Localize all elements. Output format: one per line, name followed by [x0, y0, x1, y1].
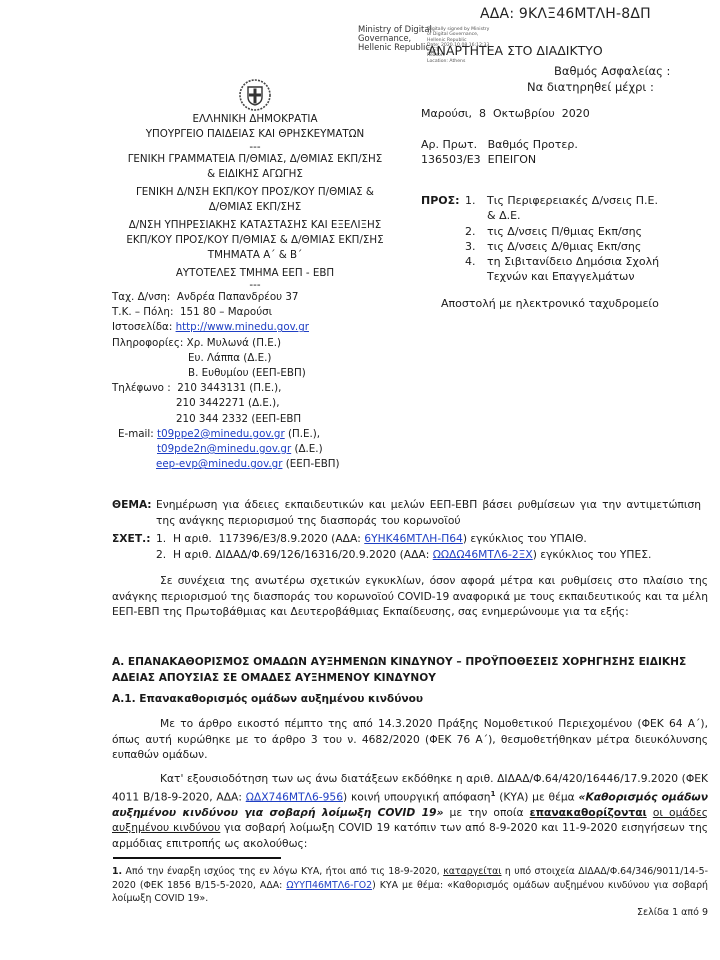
email-suffix: (Π.Ε.),	[285, 428, 320, 440]
intro-paragraph: Σε συνέχεια της ανωτέρω σχετικών εγκυκλί…	[112, 573, 708, 620]
related-item: 2. Η αριθ. ΔΙΔΑΔ/Φ.69/126/16316/20.9.202…	[156, 547, 651, 563]
issuer-line: ΥΠΟΥΡΓΕΙΟ ΠΑΙΔΕΙΑΣ ΚΑΙ ΘΡΗΣΚΕΥΜΑΤΩΝ	[110, 127, 400, 142]
city-value: 151 80 – Μαρούσι	[180, 306, 272, 318]
phone-number: 210 3443131 (Π.Ε.),	[177, 382, 281, 394]
security-level: Βαθμός Ασφαλείας :	[554, 64, 670, 78]
info-person: Χρ. Μυλωνά (Π.Ε.)	[187, 337, 281, 349]
related-label: ΣΧΕΤ.:	[112, 531, 156, 547]
email-label: E-mail:	[118, 428, 154, 440]
info-label: Πληροφορίες:	[112, 337, 183, 349]
document-date: Μαρούσι, 8 Οκτωβρίου 2020	[421, 107, 590, 120]
related-ada-link[interactable]: 6ΥΗΚ46ΜΤΛΗ-Π64	[364, 532, 463, 545]
section-a1-heading: Α.1. Επανακαθορισμός ομάδων αυξημένου κι…	[112, 693, 423, 705]
protocol-values-row: 136503/Ε3 ΕΠΕΙΓΟΝ	[421, 152, 578, 167]
recipient-text: τις Δ/νσεις Π/θμιας Εκπ/σης	[487, 224, 642, 239]
issuer-block: ΕΛΛΗΝΙΚΗ ΔΗΜΟΚΡΑΤΙΑ ΥΠΟΥΡΓΕΙΟ ΠΑΙΔΕΙΑΣ Κ…	[110, 112, 400, 289]
keep-until: Να διατηρηθεί μέχρι :	[527, 80, 654, 94]
related-number: 2.	[156, 548, 166, 561]
recipient-text: τη Σιβιτανίδειο Δημόσια Σχολή	[487, 254, 659, 269]
signature-organization: Ministry of Digital Governance, Hellenic…	[358, 25, 432, 52]
phone-label: Τηλέφωνο :	[112, 382, 171, 394]
paragraph-2-text: με την οποία	[443, 806, 529, 819]
recipient-number: 1.	[465, 193, 487, 208]
related-text: ) εγκύκλιος του ΥΠΕΣ.	[533, 548, 652, 561]
issuer-line: Δ/ΝΣΗ ΥΠΗΡΕΣΙΑΚΗΣ ΚΑΤΑΣΤΑΣΗΣ ΚΑΙ ΕΞΕΛΙΞΗ…	[110, 218, 400, 233]
footnote: 1. Από την έναρξη ισχύος της εν λόγω ΚΥΑ…	[112, 865, 708, 906]
related-text: Η αριθ. ΔΙΔΑΔ/Φ.69/126/16316/20.9.2020 (…	[173, 548, 433, 561]
footnote-emphasis: καταργείται	[443, 866, 501, 877]
recipient-number: 2.	[465, 224, 487, 239]
kya-ada-link[interactable]: ΩΔΧ746ΜΤΛ6-956	[246, 790, 343, 803]
website-label: Ιστοσελίδα:	[112, 321, 172, 333]
recipient-item: ΠΡΟΣ: 1. Τις Περιφερειακές Δ/νσεις Π.Ε.	[421, 193, 711, 208]
footnote-text: Από την έναρξη ισχύος της εν λόγω ΚΥΑ, ή…	[122, 866, 443, 877]
delivery-method: Αποστολή με ηλεκτρονικό ταχυδρομείο	[441, 297, 659, 310]
website-row: Ιστοσελίδα: http://www.minedu.gov.gr	[112, 320, 340, 335]
email-suffix: (Δ.Ε.)	[291, 443, 322, 455]
related-block: ΣΧΕΤ.: 1. Η αριθ. 117396/Ε3/8.9.2020 (ΑΔ…	[112, 531, 651, 562]
issuer-line: ΓΕΝΙΚΗ ΓΡΑΜΜΑΤΕΙΑ Π/ΘΜΙΑΣ, Δ/ΘΜΙΑΣ ΕΚΠ/Σ…	[110, 152, 400, 167]
recipients-block: ΠΡΟΣ: 1. Τις Περιφερειακές Δ/νσεις Π.Ε. …	[421, 193, 711, 285]
recipient-number: 4.	[465, 254, 487, 269]
issuer-separator: ---	[110, 142, 400, 152]
paragraph-1-text: Με το άρθρο εικοστό πέμπτο της από 14.3.…	[112, 717, 708, 761]
info-person: Β. Ευθυμίου (ΕΕΠ-ΕΒΠ)	[112, 366, 340, 381]
city-label: Τ.Κ. – Πόλη:	[112, 306, 173, 318]
paragraph-2: Κατ' εξουσιοδότηση των ως άνω διατάξεων …	[112, 771, 708, 851]
recipient-number: 3.	[465, 239, 487, 254]
publication-notice: ΑΝΑΡΤΗΤΕΑ ΣΤΟ ΔΙΑΔΙΚΤΥΟ	[428, 43, 603, 58]
related-item: 1. Η αριθ. 117396/Ε3/8.9.2020 (ΑΔΑ: 6ΥΗΚ…	[156, 531, 651, 547]
issuer-line: ΓΕΝΙΚΗ Δ/ΝΣΗ ΕΚΠ/ΚΟΥ ΠΡΟΣ/ΚΟΥ Π/ΘΜΙΑΣ &	[110, 185, 400, 200]
recipient-text: Τεχνών και Επαγγελμάτων	[421, 269, 711, 284]
footnote-number: 1.	[112, 866, 122, 877]
issuer-line: ΕΛΛΗΝΙΚΗ ΔΗΜΟΚΡΑΤΙΑ	[110, 112, 400, 127]
protocol-labels-row: Αρ. Πρωτ. Βαθμός Προτερ.	[421, 137, 578, 152]
related-number: 1.	[156, 532, 166, 545]
sig-detail-line: Location: Athens	[427, 59, 489, 64]
phone-number: 210 344 2332 (ΕΕΠ-ΕΒΠ	[112, 412, 340, 427]
greek-coat-of-arms-icon	[238, 78, 272, 112]
issuer-separator: ---	[110, 281, 400, 289]
email-link[interactable]: t09ppe2@minedu.gov.gr	[157, 428, 285, 440]
phone-number: 210 3442271 (Δ.Ε.),	[112, 396, 340, 411]
recipient-item: 4. τη Σιβιτανίδειο Δημόσια Σχολή	[421, 254, 711, 269]
email-row: eep-evp@minedu.gov.gr (ΕΕΠ-ΕΒΠ)	[112, 457, 340, 472]
email-row: t09pde2n@minedu.gov.gr (Δ.Ε.)	[112, 442, 340, 457]
recipient-item: 2. τις Δ/νσεις Π/θμιας Εκπ/σης	[421, 224, 711, 239]
paragraph-2-text: ) κοινή υπουργική απόφαση	[343, 790, 491, 803]
subject-text: Ενημέρωση για άδειες εκπαιδευτικών και μ…	[156, 497, 701, 528]
related-text: ) εγκύκλιος του ΥΠΑΙΘ.	[463, 532, 587, 545]
issuer-line: & ΕΙΔΙΚΗΣ ΑΓΩΓΗΣ	[110, 167, 400, 182]
ada-code: ΑΔΑ: 9ΚΛΞ46ΜΤΛΗ-8ΔΠ	[480, 6, 651, 22]
email-suffix: (ΕΕΠ-ΕΒΠ)	[282, 458, 339, 470]
recipient-text: & Δ.Ε.	[421, 208, 711, 223]
contact-block: Ταχ. Δ/νση: Ανδρέα Παπανδρέου 37 Τ.Κ. – …	[112, 290, 340, 472]
sig-org-line: Hellenic Republic	[358, 43, 432, 52]
intro-text: Σε συνέχεια της ανωτέρω σχετικών εγκυκλί…	[112, 574, 708, 618]
related-ada-link[interactable]: ΩΩΔΩ46ΜΤΛ6-2ΞΧ	[433, 548, 533, 561]
to-label: ΠΡΟΣ:	[421, 193, 465, 208]
email-link[interactable]: eep-evp@minedu.gov.gr	[156, 458, 282, 470]
subject-label: ΘΕΜΑ:	[112, 497, 156, 513]
phone-row: Τηλέφωνο : 210 3443131 (Π.Ε.),	[112, 381, 340, 396]
section-a-heading: Α. ΕΠΑΝΑΚΑΘΟΡΙΣΜΟΣ ΟΜΑΔΩΝ ΑΥΞΗΜΕΝΩΝ ΚΙΝΔ…	[112, 655, 708, 686]
related-text: Η αριθ. 117396/Ε3/8.9.2020 (ΑΔΑ:	[173, 532, 364, 545]
subject-block: ΘΕΜΑ:Ενημέρωση για άδειες εκπαιδευτικών …	[112, 497, 708, 528]
footnote-separator	[113, 857, 281, 859]
city-row: Τ.Κ. – Πόλη: 151 80 – Μαρούσι	[112, 305, 340, 320]
website-link[interactable]: http://www.minedu.gov.gr	[176, 321, 309, 333]
priority-label: Βαθμός Προτερ.	[488, 138, 578, 151]
email-row: E-mail: t09ppe2@minedu.gov.gr (Π.Ε.),	[112, 427, 340, 442]
priority-value: ΕΠΕΙΓΟΝ	[488, 153, 536, 166]
recipient-text: Τις Περιφερειακές Δ/νσεις Π.Ε.	[487, 193, 658, 208]
protocol-label: Αρ. Πρωτ.	[421, 138, 477, 151]
info-row: Πληροφορίες: Χρ. Μυλωνά (Π.Ε.)	[112, 336, 340, 351]
address-value: Ανδρέα Παπανδρέου 37	[177, 291, 299, 303]
address-label: Ταχ. Δ/νση:	[112, 291, 170, 303]
email-link[interactable]: t09pde2n@minedu.gov.gr	[157, 443, 291, 455]
emphasis-bold: επανακαθορίζονται	[530, 806, 647, 819]
issuer-line: ΕΚΠ/ΚΟΥ ΠΡΟΣ/ΚΟΥ Π/ΘΜΙΑΣ & Δ/ΘΜΙΑΣ ΕΚΠ/Σ…	[110, 233, 400, 248]
recipient-text: τις Δ/νσεις Δ/θμιας Εκπ/σης	[487, 239, 641, 254]
info-person: Ευ. Λάππα (Δ.Ε.)	[112, 351, 340, 366]
issuer-line: Δ/ΘΜΙΑΣ ΕΚΠ/ΣΗΣ	[110, 200, 400, 215]
address-row: Ταχ. Δ/νση: Ανδρέα Παπανδρέου 37	[112, 290, 340, 305]
page-number: Σελίδα 1 από 9	[637, 907, 708, 918]
protocol-number: 136503/Ε3	[421, 153, 481, 166]
paragraph-2-text: (ΚΥΑ) με θέμα	[495, 790, 578, 803]
related-list: 1. Η αριθ. 117396/Ε3/8.9.2020 (ΑΔΑ: 6ΥΗΚ…	[156, 531, 651, 562]
recipient-item: 3. τις Δ/νσεις Δ/θμιας Εκπ/σης	[421, 239, 711, 254]
footnote-ada-link[interactable]: ΩΥΥΠ46ΜΤΛ6-ΓΟ2	[286, 880, 372, 891]
issuer-line: ΤΜΗΜΑΤΑ Α΄ & Β΄	[110, 248, 400, 263]
paragraph-1: Με το άρθρο εικοστό πέμπτο της από 14.3.…	[112, 716, 708, 763]
protocol-block: Αρ. Πρωτ. Βαθμός Προτερ. 136503/Ε3 ΕΠΕΙΓ…	[421, 137, 578, 167]
